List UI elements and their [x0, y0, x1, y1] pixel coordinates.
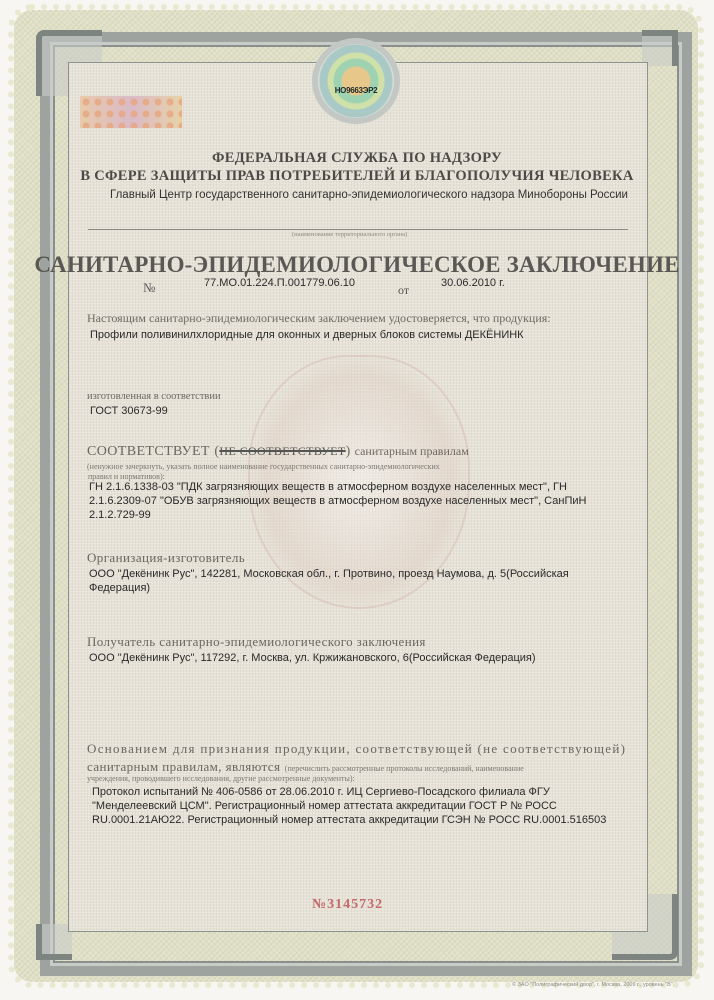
product-name: Профили поливинилхлоридные для оконных и…	[90, 329, 524, 341]
compliance-note-line1: (ненужное зачеркнуть, указать полное наи…	[87, 462, 440, 471]
compliance-note-line2: правил и нормативов):	[88, 472, 165, 481]
manufacturer-line2: Федерация)	[89, 582, 150, 594]
manufactured-label: изготовленная в соответствии	[87, 391, 221, 402]
printer-imprint: © ЗАО "Полиграфический двор", г. Москва,…	[512, 982, 674, 988]
recipient-label: Получатель санитарно-эпидемиологического…	[87, 634, 426, 650]
recipient-line1: ООО "Декёнинк Рус", 117292, г. Москва, у…	[89, 652, 536, 664]
issuer-divider	[88, 229, 628, 230]
hologram-strip-icon	[80, 96, 182, 128]
hologram-seal-icon: НО9663ЭР2	[318, 44, 394, 118]
issuer-name: Главный Центр государственного санитарно…	[12, 189, 714, 201]
basis-line3: RU.0001.21АЮ22. Регистрационный номер ат…	[92, 814, 606, 826]
document-title: САНИТАРНО-ЭПИДЕМИОЛОГИЧЕСКОЕ ЗАКЛЮЧЕНИЕ	[0, 252, 714, 278]
basis-note-line2: учреждения, проводившего исследования, д…	[87, 774, 355, 783]
manufactured-standard: ГОСТ 30673-99	[90, 405, 168, 417]
manufacturer-label: Организация-изготовитель	[87, 550, 245, 566]
basis-note-line1: (перечислить рассмотренные протоколы исс…	[285, 764, 524, 773]
basis-line1: Протокол испытаний № 406-0586 от 28.06.2…	[92, 786, 550, 798]
blank-serial-number: №3145732	[312, 897, 383, 913]
rules-line2: 2.1.6.2309-07 "ОБУВ загрязняющих веществ…	[89, 495, 586, 507]
document-date: 30.06.2010 г.	[441, 277, 505, 289]
date-label: от	[398, 283, 409, 298]
basis-label-line2: санитарным правилам, являются	[87, 759, 280, 774]
manufacturer-line1: ООО "Декёнинк Рус", 142281, Московская о…	[89, 568, 569, 580]
agency-name-line2: В СФЕРЕ ЗАЩИТЫ ПРАВ ПОТРЕБИТЕЛЕЙ И БЛАГО…	[0, 168, 714, 185]
product-intro: Настоящим санитарно-эпидемиологическим з…	[87, 311, 551, 326]
corner-ornament-icon	[642, 30, 678, 66]
compliance-statement: СООТВЕТСТВУЕТ (НЕ СООТВЕТСТВУЕТ) санитар…	[87, 442, 469, 460]
hologram-code: НО9663ЭР2	[318, 86, 394, 95]
rules-line1: ГН 2.1.6.1338-03 "ПДК загрязняющих вещес…	[89, 481, 567, 493]
number-label: №	[143, 280, 155, 296]
document-number: 77.МО.01.224.П.001779.06.10	[204, 277, 355, 289]
issuer-caption: (наименование территориального органа)	[292, 231, 407, 238]
agency-name-line1: ФЕДЕРАЛЬНАЯ СЛУЖБА ПО НАДЗОРУ	[0, 150, 714, 167]
corner-ornament-icon	[36, 924, 72, 960]
basis-line2: "Менделеевский ЦСМ". Регистрационный ном…	[92, 800, 557, 812]
basis-label-line1: Основанием для признания продукции, соот…	[87, 741, 626, 757]
rules-line3: 2.1.2.729-99	[89, 509, 151, 521]
not-complies-struck: НЕ СООТВЕТСТВУЕТ	[219, 444, 345, 458]
complies-label: СООТВЕТСТВУЕТ	[87, 444, 210, 459]
compliance-suffix: санитарным правилам	[355, 444, 469, 458]
